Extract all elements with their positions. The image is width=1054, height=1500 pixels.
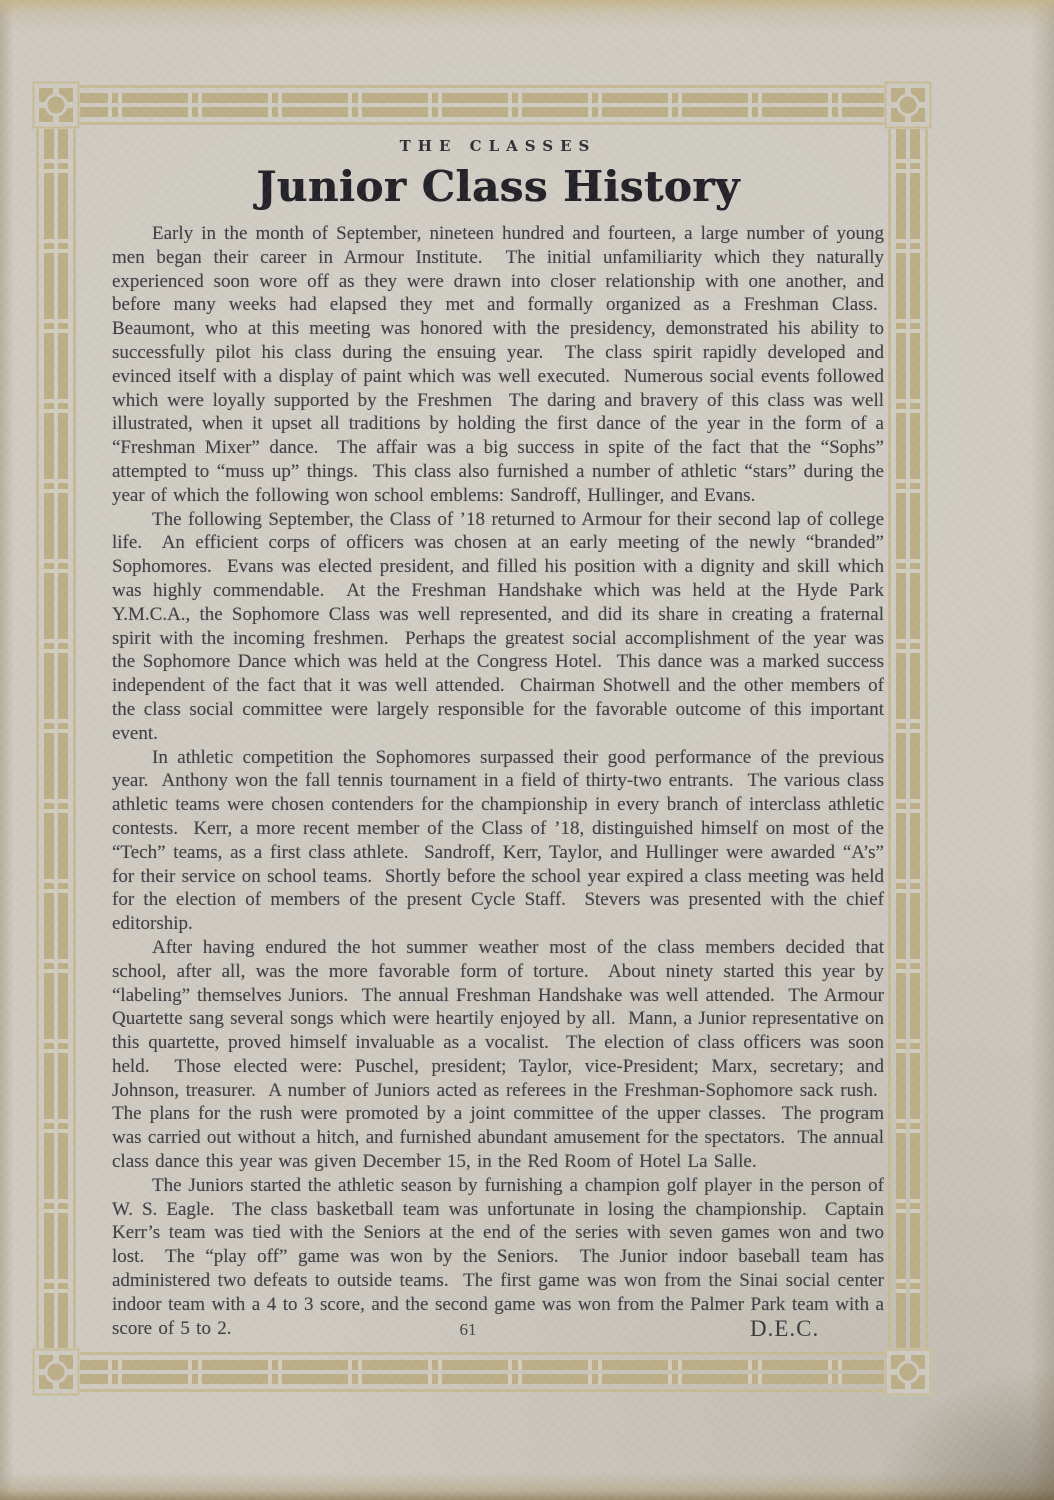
border-bar xyxy=(58,95,68,1355)
border-thin-rule xyxy=(925,95,928,1355)
paragraph: After having endured the hot summer weat… xyxy=(112,936,884,1174)
paragraph: Early in the month of September, ninetee… xyxy=(112,222,884,508)
article-body: Early in the month of September, ninetee… xyxy=(112,222,884,1340)
border-bar xyxy=(44,95,54,1355)
border-bar xyxy=(896,95,906,1355)
author-initials: D.E.C. xyxy=(750,1316,819,1342)
border-right-band xyxy=(888,95,928,1355)
quatrefoil-corner-ornament-icon xyxy=(884,1348,932,1396)
border-thin-rule xyxy=(73,95,76,1355)
quatrefoil-corner-ornament-icon xyxy=(32,1348,80,1396)
border-thin-rule xyxy=(44,1389,910,1392)
page-number: 61 xyxy=(450,1320,486,1340)
border-left-band xyxy=(36,95,76,1355)
border-bar xyxy=(44,1374,910,1384)
paragraph: The following September, the Class of ’1… xyxy=(112,508,884,746)
quatrefoil-corner-ornament-icon xyxy=(884,81,932,129)
border-bar xyxy=(910,95,920,1355)
border-bottom-band xyxy=(44,1352,910,1392)
paragraph: In athletic competition the Sophomores s… xyxy=(112,746,884,936)
quatrefoil-corner-ornament-icon xyxy=(32,81,80,129)
border-bar xyxy=(44,1360,910,1370)
page-content: THE CLASSES Junior Class History Early i… xyxy=(112,0,884,1340)
page-title: Junior Class History xyxy=(112,162,884,211)
yearbook-scanned-page: THE CLASSES Junior Class History Early i… xyxy=(0,0,1054,1500)
section-heading: THE CLASSES xyxy=(112,137,884,155)
